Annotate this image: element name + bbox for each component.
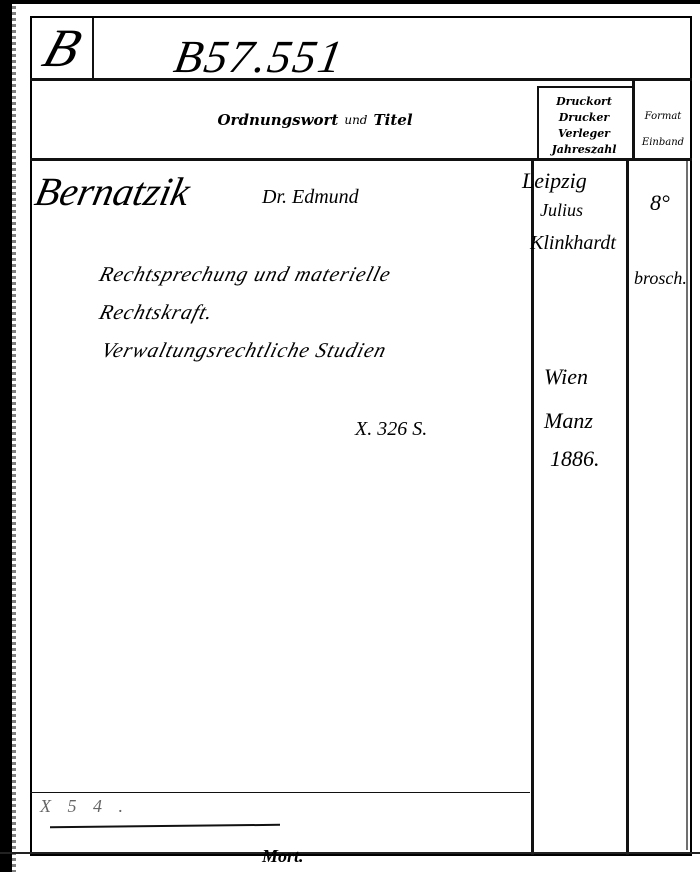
scan-edge-left bbox=[0, 0, 12, 872]
binding-value: brosch. bbox=[634, 268, 687, 289]
pagination: X. 326 S. bbox=[355, 418, 427, 441]
title-line-2: Rechtskraft. bbox=[97, 300, 217, 325]
publication-year: 1886. bbox=[550, 446, 600, 472]
title-line-3: Verwaltungsrechtliche Studien bbox=[99, 338, 390, 363]
publication-column-divider bbox=[531, 160, 534, 855]
footer-signature: Mort. bbox=[262, 846, 304, 867]
publisher-1-line-1: Julius bbox=[540, 200, 583, 221]
scan-edge-bottom bbox=[0, 852, 700, 854]
header-label-titel: Titel bbox=[373, 111, 412, 129]
header-publication: Druckort Drucker Verleger Jahreszahl bbox=[538, 94, 630, 158]
author-surname: Bernatzik bbox=[31, 168, 194, 215]
format-column-right-edge bbox=[686, 160, 688, 850]
header-label-und: und bbox=[344, 113, 367, 127]
bottom-note-rule bbox=[30, 792, 530, 793]
header-format: Format Einband bbox=[634, 104, 692, 156]
letter-cell: B bbox=[32, 18, 92, 78]
header-label-format: Format bbox=[634, 104, 692, 130]
publication-place-1: Leipzig bbox=[522, 168, 587, 194]
header-label-druckort: Druckort bbox=[538, 94, 630, 110]
format-column-divider bbox=[626, 160, 629, 855]
scan-edge-texture bbox=[12, 0, 16, 872]
header-publication-top bbox=[538, 86, 633, 88]
index-letter: B bbox=[37, 21, 88, 75]
header-label-einband: Einband bbox=[634, 130, 692, 156]
letter-cell-divider bbox=[92, 18, 94, 80]
header-ordnungswort-titel: Ordnungswort und Titel bbox=[92, 80, 538, 160]
shelfmark: B57.551 bbox=[170, 30, 348, 83]
title-line-1: Rechtsprechung und materielle bbox=[97, 262, 394, 287]
publisher-1-line-2: Klinkhardt bbox=[530, 232, 616, 255]
bottom-note: X 5 4 . bbox=[40, 796, 129, 817]
publication-place-2: Wien bbox=[544, 364, 588, 390]
header-label-ordnungswort: Ordnungswort bbox=[217, 111, 338, 129]
publisher-2: Manz bbox=[544, 408, 593, 434]
author-forename: Dr. Edmund bbox=[262, 186, 359, 209]
header-label-verleger: Verleger bbox=[538, 126, 630, 142]
format-value: 8° bbox=[650, 190, 670, 216]
header-label-jahreszahl: Jahreszahl bbox=[538, 142, 630, 158]
scan-edge-top bbox=[10, 0, 700, 4]
header-label-drucker: Drucker bbox=[538, 110, 630, 126]
